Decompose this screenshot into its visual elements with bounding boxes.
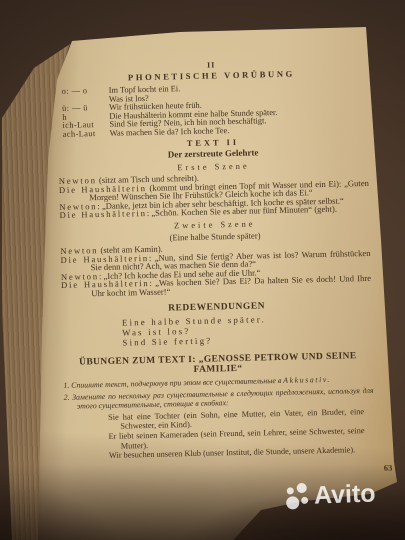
example-list: Sie hat eine Tochter (ein Sohn, eine Mut… (64, 406, 375, 462)
uebungen-heading: ÜBUNGEN ZUM TEXT I: „GENOSSE PETROW UND … (63, 350, 373, 377)
phonetic-exercise: o: — o Im Topf kocht ein Ei. Was ist los… (57, 81, 368, 139)
avito-watermark: Avito (286, 480, 376, 510)
book-photo: II PHONETISCHE VORÜBUNG o: — o Im Topf k… (0, 0, 405, 540)
page-content: II PHONETISCHE VORÜBUNG o: — o Im Topf k… (56, 53, 375, 462)
exercise-number: 2. (64, 392, 70, 401)
avito-label: Avito (314, 481, 376, 508)
exercise-term: Akkusativ. (283, 374, 331, 384)
redewendungen-list: Eine halbe Stunde später. Was ist los? S… (62, 311, 373, 348)
phonetic-label: ach-Laut (58, 129, 110, 139)
avito-logo-icon (286, 483, 311, 511)
page-number: 63 (384, 462, 393, 472)
speaker-name: Die Haushälterin (59, 208, 146, 220)
exercise-number: 1. (63, 380, 69, 389)
